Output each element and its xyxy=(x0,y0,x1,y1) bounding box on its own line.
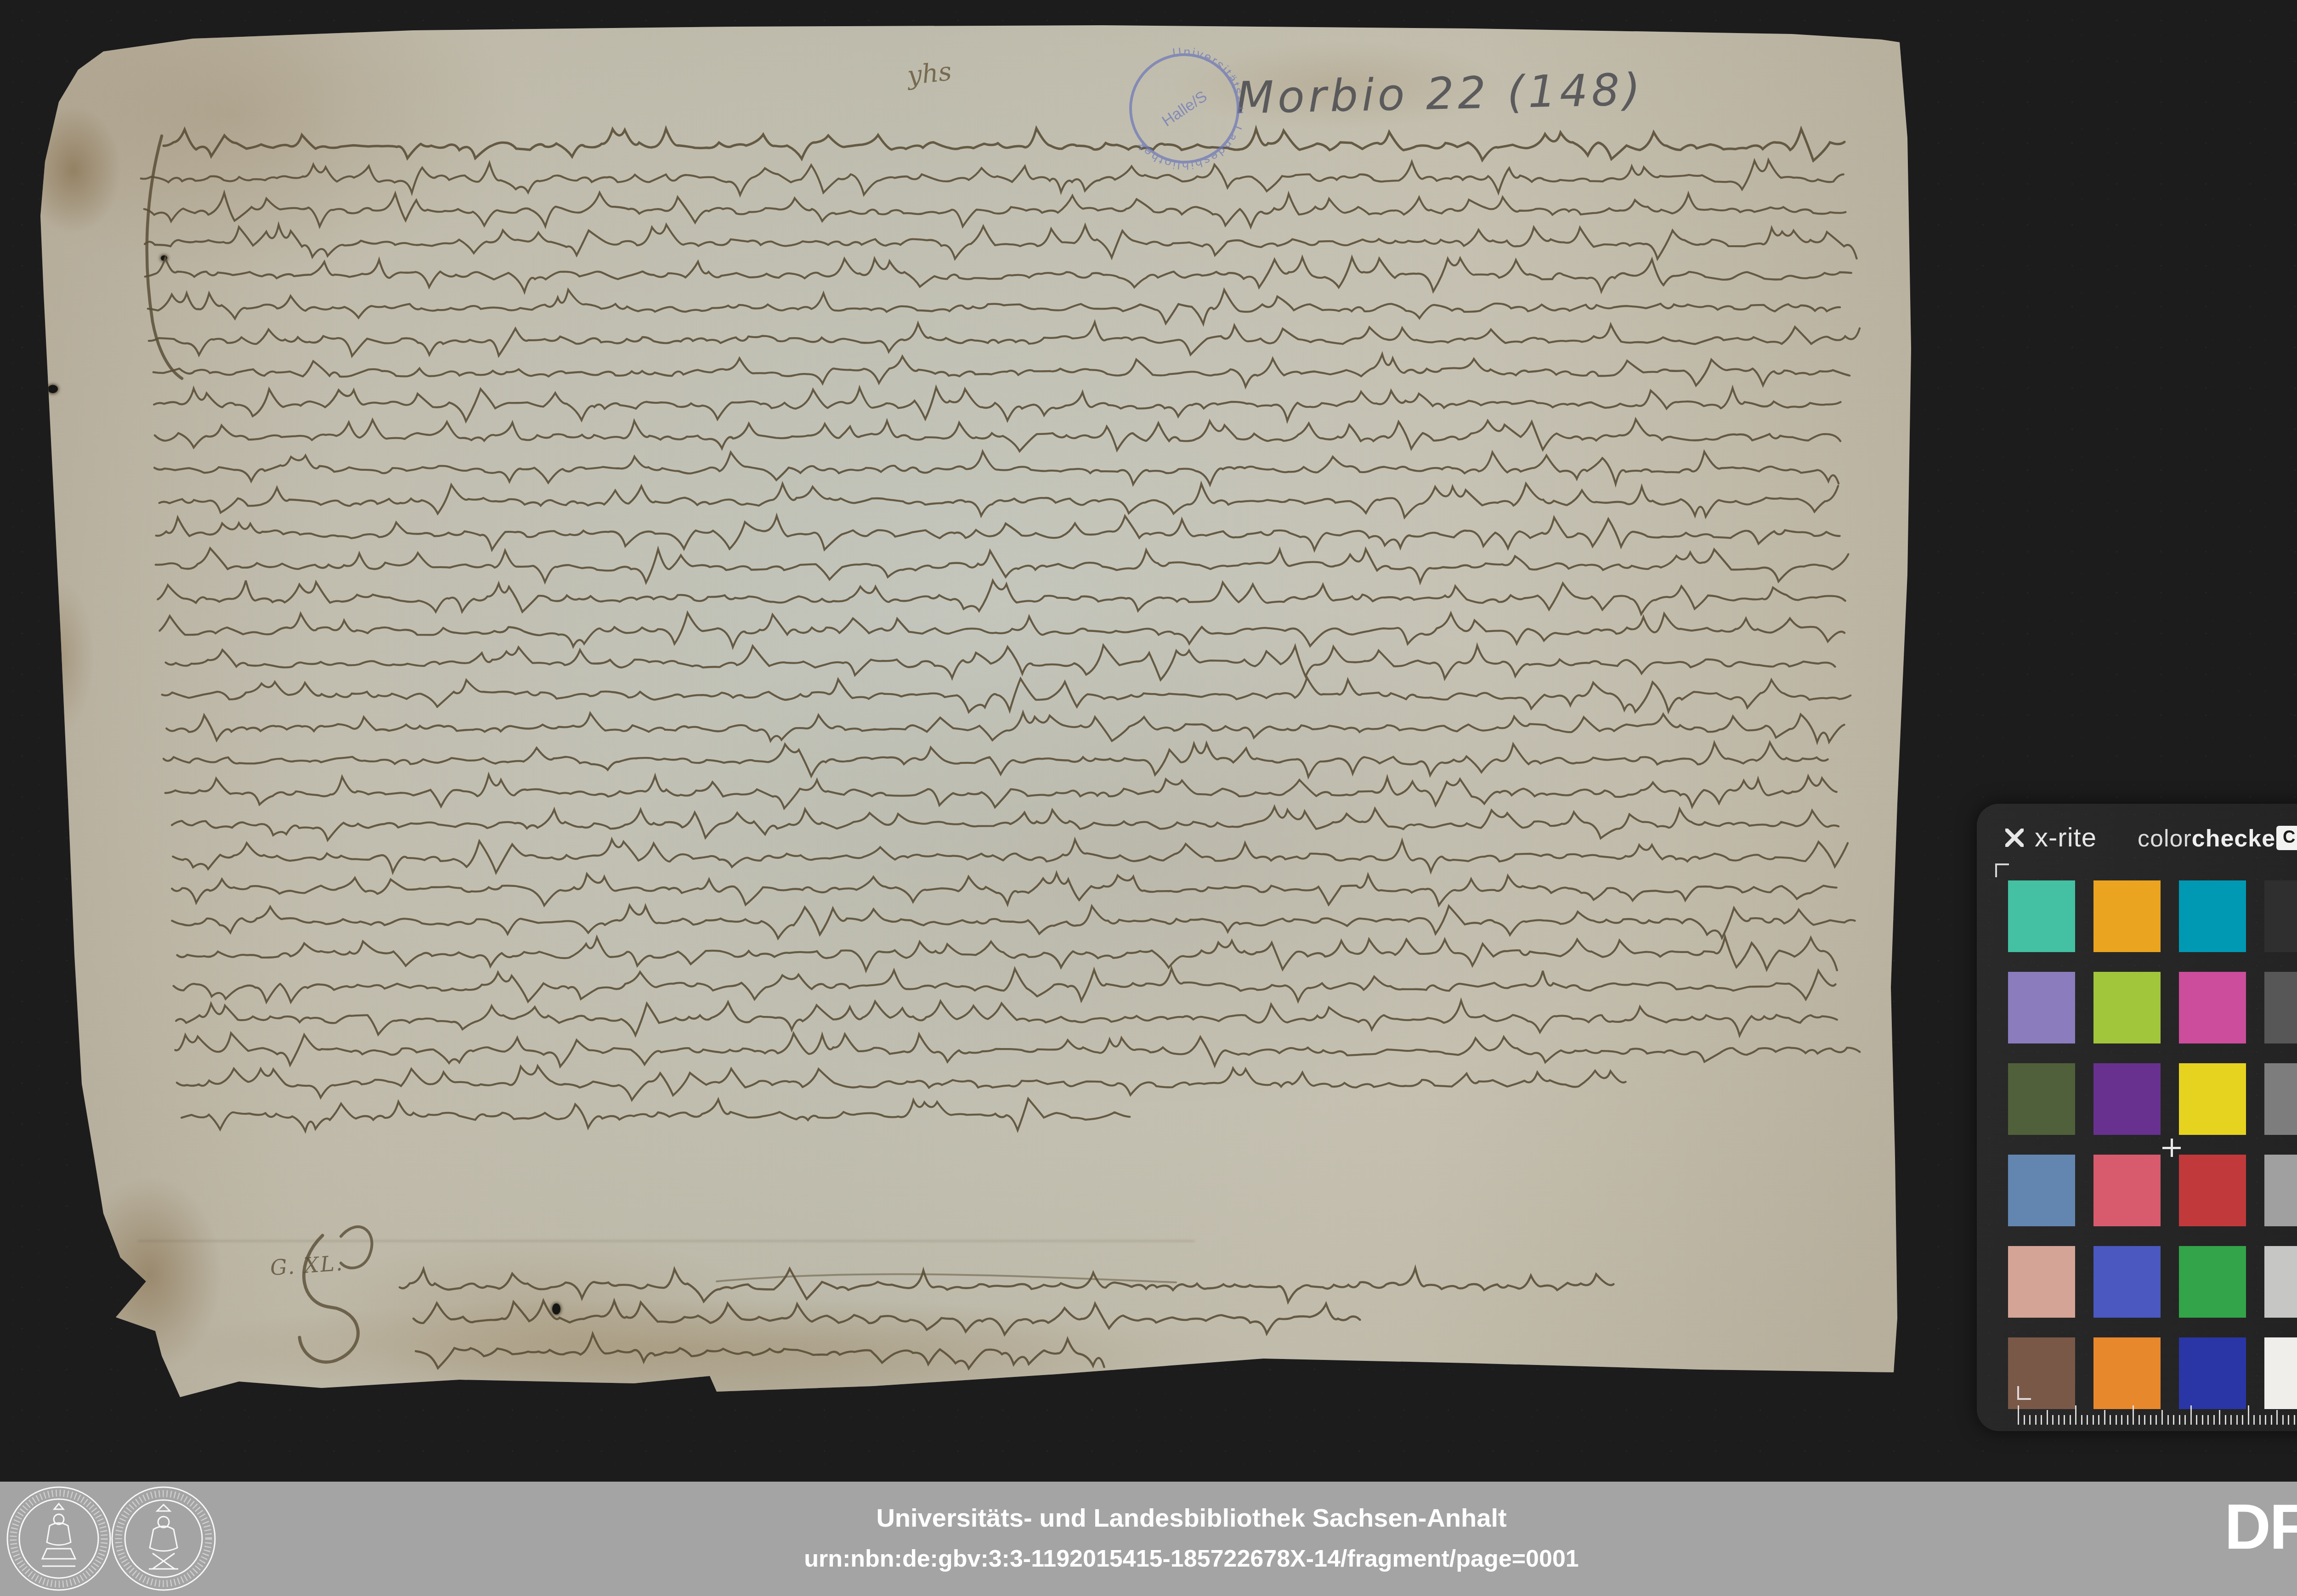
ink-stroke xyxy=(175,1033,1860,1066)
ink-stroke xyxy=(416,1334,1104,1368)
ruler-tick xyxy=(2179,1415,2180,1425)
ruler-tick xyxy=(2156,1415,2157,1425)
ruler-tick xyxy=(2070,1415,2071,1425)
ink-stroke xyxy=(413,1301,1360,1335)
ruler-tick xyxy=(2133,1405,2134,1425)
ruler-tick xyxy=(2035,1415,2037,1425)
ruler-tick xyxy=(2248,1405,2249,1425)
ink-stroke xyxy=(159,484,1838,518)
ink-stroke xyxy=(341,1227,372,1268)
ink-stroke xyxy=(145,258,1851,292)
ruler-tick xyxy=(2207,1415,2209,1425)
ruler-tick xyxy=(2253,1415,2255,1425)
ruler-tick xyxy=(2093,1415,2094,1425)
ruler-tick xyxy=(2167,1415,2169,1425)
ink-stroke xyxy=(166,712,1844,742)
ruler-tick xyxy=(2196,1415,2197,1425)
mm-ruler xyxy=(1977,804,2297,1431)
ruler-tick xyxy=(2024,1415,2025,1425)
ruler-tick xyxy=(2116,1415,2117,1425)
ink-stroke xyxy=(156,516,1840,550)
ink-stroke xyxy=(172,905,1855,938)
ruler-tick xyxy=(2161,1410,2163,1425)
ruler-tick xyxy=(2139,1415,2140,1425)
ink-stroke xyxy=(162,678,1851,712)
ink-stroke xyxy=(141,160,1844,195)
ruler-tick xyxy=(2075,1405,2076,1425)
ruler-tick xyxy=(2104,1410,2105,1425)
ruler-tick xyxy=(2081,1415,2082,1425)
metadata-footer-bar: Universitäts- und Landesbibliothek Sachs… xyxy=(0,1482,2297,1596)
ruler-tick xyxy=(2271,1415,2272,1425)
invocation-mark: yhs xyxy=(906,56,953,91)
ink-stroke xyxy=(147,136,182,378)
ink-stroke xyxy=(400,1268,1613,1302)
ink-stroke xyxy=(154,451,1839,485)
ruler-tick xyxy=(2052,1415,2054,1425)
ruler-tick xyxy=(2047,1410,2048,1425)
ruler-tick xyxy=(2236,1415,2238,1425)
ruler-tick xyxy=(2029,1415,2031,1425)
ink-stroke xyxy=(176,1001,1837,1036)
university-seal-right xyxy=(108,1483,219,1594)
dfg-logo: DFG xyxy=(2224,1494,2297,1559)
ink-stroke xyxy=(155,419,1840,451)
ruler-tick xyxy=(2276,1410,2278,1425)
ruler-tick xyxy=(2230,1415,2232,1425)
ruler-tick xyxy=(2190,1405,2192,1425)
ruler-tick xyxy=(2225,1415,2226,1425)
ink-stroke xyxy=(172,873,1836,905)
ink-stroke xyxy=(144,193,1846,227)
footer-urn: urn:nbn:de:gbv:3:3-1192015415-185722678X… xyxy=(0,1545,2297,1573)
ink-stroke xyxy=(165,775,1837,808)
ruler-tick xyxy=(2018,1405,2019,1425)
ruler-tick xyxy=(2150,1415,2151,1425)
ruler-tick xyxy=(2265,1415,2266,1425)
ruler-tick xyxy=(2173,1415,2174,1425)
ruler-tick xyxy=(2110,1415,2111,1425)
photo-stage: yhs Morbio 22 (148) G. XL. Universitäts-… xyxy=(0,0,2297,1596)
ink-stroke xyxy=(173,840,1848,873)
ruler-tick xyxy=(2121,1415,2122,1425)
ruler-tick xyxy=(2242,1415,2243,1425)
colorchecker-card: x-rite colorchecker CLASSIC mm xyxy=(1977,804,2297,1431)
ruler-tick xyxy=(2144,1415,2145,1425)
pencil-shelfmark: Morbio 22 (148) xyxy=(1235,64,1650,124)
ruler-tick xyxy=(2219,1410,2220,1425)
ink-stroke xyxy=(145,225,1856,259)
ink-stroke xyxy=(177,1066,1626,1100)
manuscript-text-lines xyxy=(0,0,2297,1596)
ruler-tick xyxy=(2098,1415,2099,1425)
ruler-tick xyxy=(2294,1415,2295,1425)
ruler-tick xyxy=(2259,1415,2261,1425)
ink-stroke xyxy=(164,128,1844,160)
university-seal-left xyxy=(4,1483,114,1594)
ink-stroke xyxy=(174,969,1836,1002)
ink-stroke xyxy=(172,807,1839,840)
footer-institution: Universitäts- und Landesbibliothek Sachs… xyxy=(0,1503,2297,1533)
ink-stroke xyxy=(158,581,1845,614)
ink-stroke xyxy=(154,388,1840,422)
ruler-tick xyxy=(2184,1415,2186,1425)
ink-stroke xyxy=(149,322,1860,356)
ink-stroke xyxy=(177,937,1837,970)
ink-stroke xyxy=(181,1099,1130,1131)
ink-stroke xyxy=(164,743,1828,777)
ruler-tick xyxy=(2282,1415,2284,1425)
ruler-tick xyxy=(2087,1415,2088,1425)
ruler-tick xyxy=(2064,1415,2065,1425)
ruler-tick xyxy=(2058,1415,2059,1425)
ink-stroke xyxy=(166,645,1835,680)
ruler-tick xyxy=(2288,1415,2289,1425)
margin-mark: G. XL. xyxy=(269,1250,345,1280)
ink-stroke xyxy=(156,548,1849,583)
ink-stroke xyxy=(160,613,1845,647)
ruler-tick xyxy=(2041,1415,2042,1425)
ruler-tick xyxy=(2127,1415,2128,1425)
ruler-tick xyxy=(2213,1415,2215,1425)
stamp-center-text: Halle/S xyxy=(1159,87,1210,130)
ruler-tick xyxy=(2202,1415,2203,1425)
ink-stroke xyxy=(153,354,1850,387)
ink-stroke xyxy=(148,290,1840,324)
